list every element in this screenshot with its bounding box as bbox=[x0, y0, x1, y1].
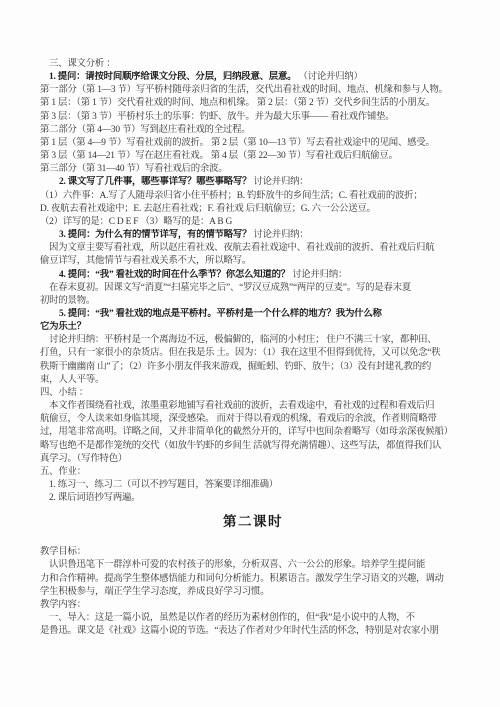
text-run: 束，人人平等。 bbox=[40, 375, 104, 385]
text-line: 五、作业： bbox=[40, 466, 466, 479]
text-line: 略写也绝不是都作笼统的交代（如放牛钓虾的乡间生 活就写得充满情趣）、这些写法，都… bbox=[40, 440, 466, 453]
text-run: 1. 练习一、练习二（可以不抄写题目，答案要详细准确） bbox=[49, 480, 278, 490]
text-line: 第 1 层：（第 1 节）交代看社戏的时间、地点和机缘。 第 2 层：（第 2 … bbox=[40, 97, 466, 110]
text-run: 力和合作精神。提高学生整体感悟能力和词句分析能力。积累语言。激发学生学习语文的兴… bbox=[40, 574, 444, 584]
text-run: 第二课时 bbox=[223, 514, 283, 529]
text-line: 它为乐土？ bbox=[40, 321, 466, 334]
text-run: 讨论并归纳： bbox=[290, 270, 347, 280]
text-line: 打鱼，只有一家很小的杂货店。但在我是乐 土。因为：（1）我在这里不但得到优待，又… bbox=[40, 347, 466, 360]
text-run: 学生积极参与，端正学生学习态度，养成良好学习习惯。 bbox=[40, 587, 269, 597]
text-run: 第 1 层（第 4—9 节）写看社戏前的波折。 第 2 层（第 10—13 节）… bbox=[40, 138, 435, 148]
text-run: 教学内容： bbox=[40, 600, 86, 610]
text-line: 教学内容： bbox=[40, 599, 466, 612]
text-line: 1. 练习一、练习二（可以不抄写题目，答案要详细准确） bbox=[40, 479, 466, 492]
text-line: 2. 课文写了几件事，哪些事详写？哪些事略写？ 讨论并归纳： bbox=[40, 176, 466, 189]
text-run: 第一部分（第 1—3 节）写平桥村随母亲归省的生活，交代出看社戏的时间、地点、机… bbox=[40, 85, 448, 95]
text-run: 讨论并归纳： bbox=[251, 177, 308, 187]
text-line: 3. 提问：为什么有的情节详写，有的情节略写？ 讨论并归纳： bbox=[40, 229, 466, 242]
text-line: 是鲁迅。课文是《社戏》这篇小说的节选。“表达了作者对少年时代生活的怀念，特别是对… bbox=[40, 625, 466, 638]
text-line: 教学目标： bbox=[40, 546, 466, 559]
text-line: 4. 提问：“我” 看社戏的时间在什么季节？你怎么知道的？ 讨论并归纳： bbox=[40, 269, 466, 282]
text-run: 五、作业： bbox=[40, 467, 86, 477]
text-run: 认识鲁迅笔下一群淳朴可爱的农村孩子的形象，分析双喜、六一公公的形象。培养学生提问… bbox=[49, 560, 425, 570]
text-run: 讨论并归纳：平桥村是一个离海边不远，极偏僻的，临河的小村庄； 住户不满三十家，都… bbox=[49, 335, 437, 345]
text-line: 在春末夏初。因课文写“消夏”“扫墓完毕之后”、“罗汉豆成熟”“两岸的豆麦”。写的… bbox=[40, 282, 466, 295]
text-run: 它为乐土？ bbox=[40, 322, 86, 332]
text-line: 第三部分（第 31—40 节）写看社戏后的余波。 bbox=[40, 163, 466, 176]
text-line: （2）详写的是：C D E F （3）略写的是：A B G bbox=[40, 216, 466, 229]
text-line: 第二部分（第 4—30 节）写到赵庄看社戏的全过程。 bbox=[40, 124, 466, 137]
text-line: 5. 提问：“我” 看社戏的地点是平桥村。平桥村是一个什么样的地方？我为什么称 bbox=[40, 308, 466, 321]
text-line: 力和合作精神。提高学生整体感悟能力和词句分析能力。积累语言。激发学生学习语文的兴… bbox=[40, 573, 466, 586]
text-run: 三、课文分析 ： bbox=[49, 59, 115, 69]
text-line: （1）六件事：A.写了人随母亲归省小住平桥村；B. 钓虾放牛的乡间生活；C. 看… bbox=[40, 190, 466, 203]
text-run: 四、小结 ： bbox=[40, 388, 88, 398]
text-run: 教学目标： bbox=[40, 547, 86, 557]
text-line: 初时的景物。 bbox=[40, 295, 466, 308]
text-line: 因为文章主要写看社戏，所以赵庄看社戏、夜航去看社戏途中、看社戏前的波折、看社戏后… bbox=[40, 242, 466, 255]
document-page: 三、课文分析 ：1. 提问：请按时间顺序给课文分段、分层，归纳段意、层意。 （讨… bbox=[40, 58, 466, 638]
text-line: 束，人人平等。 bbox=[40, 374, 466, 387]
text-run: 第二部分（第 4—30 节）写到赵庄看社戏的全过程。 bbox=[40, 125, 250, 135]
text-line: 1. 提问：请按时间顺序给课文分段、分层，归纳段意、层意。 （讨论并归纳） bbox=[40, 71, 466, 84]
text-line: 第 1 层（第 4—9 节）写看社戏前的波折。 第 2 层（第 10—13 节）… bbox=[40, 137, 466, 150]
page-background: { "colors": { "page_background": "#fdfdf… bbox=[0, 0, 500, 707]
text-run: 偷豆详写，其他情节与看社戏关系不大，所以略写。 bbox=[40, 256, 251, 266]
text-line: 偷豆详写，其他情节与看社戏关系不大，所以略写。 bbox=[40, 255, 466, 268]
text-line: 航偷豆，令人读来如身临其境，深受感染。 而对于得以看戏的机缘，看戏后的余波，作者… bbox=[40, 413, 466, 426]
text-run: 秩斯干幽幽南 山”了；（2）许多小朋友伴我来游戏，掘蚯蚓、钓虾、放牛；（3）没有… bbox=[40, 362, 431, 372]
text-run: 在春末夏初。因课文写“消夏”“扫墓完毕之后”、“罗汉豆成熟”“两岸的豆麦”。写的… bbox=[49, 283, 411, 293]
text-line: 认识鲁迅笔下一群淳朴可爱的农村孩子的形象，分析双喜、六一公公的形象。培养学生提问… bbox=[40, 559, 466, 572]
text-line: 第 3 层（第 14—21 节）写在赵庄看社戏。 第 4 层（第 22—30 节… bbox=[40, 150, 466, 163]
text-run: 过，用笔非常高明。详略之间，又并非简单化的截然分开的，详写中也间杂着略写（如母亲… bbox=[40, 427, 453, 437]
text-run: 略写也绝不是都作笼统的交代（如放牛钓虾的乡间生 活就写得充满情趣）、这些写法，都… bbox=[40, 441, 441, 451]
text-line: 2. 课后词语抄写两遍。 bbox=[40, 492, 466, 505]
text-line: 过，用笔非常高明。详略之间，又并非简单化的截然分开的，详写中也间杂着略写（如母亲… bbox=[40, 426, 466, 439]
text-run: D. 夜航去看社戏途中；E. 去赵庄看社戏；F. 看社戏 后归航偷豆；G. 六一… bbox=[40, 204, 376, 214]
text-line: 讨论并归纳：平桥村是一个离海边不远，极偏僻的，临河的小村庄； 住户不满三十家，都… bbox=[40, 334, 466, 347]
text-line: D. 夜航去看社戏途中；E. 去赵庄看社戏；F. 看社戏 后归航偷豆；G. 六一… bbox=[40, 203, 466, 216]
text-line: 四、小结 ： bbox=[40, 387, 466, 400]
text-run: 真学习。（写作特色） bbox=[40, 454, 127, 464]
text-run: （2）详写的是：C D E F （3）略写的是：A B G bbox=[40, 217, 232, 227]
text-line: 本文作者围绕看社戏，浓墨重彩地铺写看社戏前的波折，去看戏途中，看社戏的过程和看戏… bbox=[40, 400, 466, 413]
section-title: 第二课时 bbox=[40, 512, 466, 531]
text-line: 三、课文分析 ： bbox=[40, 58, 466, 71]
text-run: 第 3 层：（第 3 节）平桥村乐土的乐事：钓虾、放牛。并为最大乐事—— 看社戏… bbox=[40, 112, 394, 122]
text-run: 打鱼，只有一家很小的杂货店。但在我是乐 土。因为：（1）我在这里不但得到优待，又… bbox=[40, 348, 440, 358]
text-line: 真学习。（写作特色） bbox=[40, 453, 466, 466]
text-run: 3. 提问：为什么有的情节详写，有的情节略写？ bbox=[59, 230, 251, 240]
text-line: 第 3 层：（第 3 节）平桥村乐土的乐事：钓虾、放牛。并为最大乐事—— 看社戏… bbox=[40, 111, 466, 124]
text-run: 讨论并归纳： bbox=[251, 230, 308, 240]
text-run: 航偷豆，令人读来如身临其境，深受感染。 而对于得以看戏的机缘，看戏后的余波，作者… bbox=[40, 414, 437, 424]
text-run: 1. 提问：请按时间顺序给课文分段、分层，归纳段意、层意。 bbox=[49, 72, 296, 82]
text-run: 初时的景物。 bbox=[40, 296, 95, 306]
text-line: 学生积极参与，端正学生学习态度，养成良好学习习惯。 bbox=[40, 586, 466, 599]
text-run: 本文作者围绕看社戏，浓墨重彩地铺写看社戏前的波折，去看戏途中，看社戏的过程和看戏… bbox=[49, 401, 434, 411]
text-run: 因为文章主要写看社戏，所以赵庄看社戏、夜航去看社戏途中、看社戏前的波折、看社戏后… bbox=[49, 243, 434, 253]
text-run: 5. 提问：“我” 看社戏的地点是平桥村。平桥村是一个什么样的地方？我为什么称 bbox=[59, 309, 382, 319]
text-run: 第 1 层：（第 1 节）交代看社戏的时间、地点和机缘。 第 2 层：（第 2 … bbox=[40, 98, 435, 108]
text-run: 4. 提问：“我” 看社戏的时间在什么季节？你怎么知道的？ bbox=[59, 270, 290, 280]
text-run: （讨论并归纳） bbox=[296, 72, 362, 82]
text-run: 是鲁迅。课文是《社戏》这篇小说的节选。“表达了作者对少年时代生活的怀念，特别是对… bbox=[40, 626, 439, 636]
text-run: 第三部分（第 31—40 节）写看社戏后的余波。 bbox=[40, 164, 227, 174]
text-run: 2. 课后词语抄写两遍。 bbox=[49, 493, 140, 503]
text-run: 一、导入：这是一篇小说，虽然是以作者的经历为素材创作的，但“我”是小说中的人物，… bbox=[49, 613, 415, 623]
text-line: 第一部分（第 1—3 节）写平桥村随母亲归省的生活，交代出看社戏的时间、地点、机… bbox=[40, 84, 466, 97]
text-line: 一、导入：这是一篇小说，虽然是以作者的经历为素材创作的，但“我”是小说中的人物，… bbox=[40, 612, 466, 625]
text-run: 2. 课文写了几件事，哪些事详写？哪些事略写？ bbox=[59, 177, 251, 187]
text-run: （1）六件事：A.写了人随母亲归省小住平桥村；B. 钓虾放牛的乡间生活；C. 看… bbox=[40, 191, 423, 201]
text-line: 秩斯干幽幽南 山”了；（2）许多小朋友伴我来游戏，掘蚯蚓、钓虾、放牛；（3）没有… bbox=[40, 361, 466, 374]
text-run: 第 3 层（第 14—21 节）写在赵庄看社戏。 第 4 层（第 22—30 节… bbox=[40, 151, 398, 161]
